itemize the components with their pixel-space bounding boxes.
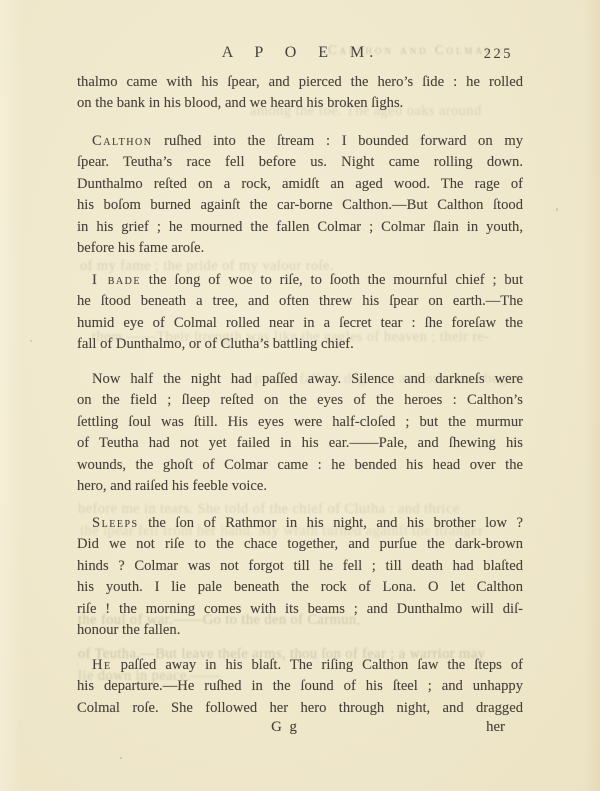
- paper-speck: [556, 208, 558, 211]
- text-line: thalmo came with his ſpear, and pierced …: [77, 72, 523, 94]
- text-line: on the bank in his blood, and we heard h…: [77, 93, 523, 115]
- text-line: hero, and raiſed his feeble voice.: [77, 476, 523, 498]
- line-text: ruſhed into the ſtream : I bounded forwa…: [152, 133, 523, 149]
- text-line: Sleeps the ſon of Rathmor in his night, …: [77, 513, 523, 535]
- text-line: I bade the ſong of woe to riſe, to ſooth…: [77, 270, 523, 292]
- page-footer: G g her: [77, 719, 523, 741]
- paper-edge-left: [0, 0, 22, 791]
- text-line: riſe ! the morning comes with its beams …: [77, 599, 523, 621]
- page-header: A P O E M. 225: [77, 44, 523, 66]
- paragraph: He paſſed away in his blaſt. The riſing …: [77, 655, 523, 720]
- text-line: he ſtood beneath a tree, and often threw…: [77, 291, 523, 313]
- line-text: Now half the night had paſſed away. Sile…: [92, 371, 523, 387]
- running-title: A P O E M.: [77, 44, 523, 62]
- book-page: Calthon and Colmal : among the foe. The …: [0, 0, 600, 791]
- text-line: on the field ; ſleep reſted on the eyes …: [77, 390, 523, 412]
- signature-mark: G g: [271, 719, 299, 736]
- catchword: her: [486, 719, 505, 736]
- paragraph-lead: He: [92, 657, 112, 673]
- text-line: Did we not riſe to the chace together, a…: [77, 534, 523, 556]
- text-line: Colmal roſe. She followed her hero throu…: [77, 698, 523, 720]
- text-line: He paſſed away in his blaſt. The riſing …: [77, 655, 523, 677]
- paragraph: Sleeps the ſon of Rathmor in his night, …: [77, 513, 523, 642]
- paper-speck: [30, 340, 32, 342]
- text-line: Calthon ruſhed into the ſtream : I bound…: [77, 131, 523, 153]
- text-line: in his grief ; he mourned the fallen Col…: [77, 217, 523, 239]
- text-line: hinds ? Colmar was not forgot till he fe…: [77, 556, 523, 578]
- text-line: Now half the night had paſſed away. Sile…: [77, 369, 523, 391]
- text-line: humid eye of Colmal rolled near in a ſec…: [77, 313, 523, 335]
- line-text: thalmo came with his ſpear, and pierced …: [77, 74, 523, 90]
- paragraph: Calthon ruſhed into the ſtream : I bound…: [77, 131, 523, 260]
- paragraph-lead: Calthon: [92, 133, 152, 149]
- text-line: ſpear. Teutha’s race fell before us. Nig…: [77, 152, 523, 174]
- line-text: the ſon of Rathmor in his night, and his…: [139, 515, 523, 531]
- text-line: honour the fallen.: [77, 620, 523, 642]
- paper-edge-right: [584, 0, 600, 791]
- paragraph: I bade the ſong of woe to riſe, to ſooth…: [77, 270, 523, 356]
- text-block: A P O E M. 225 thalmo came with his ſpea…: [77, 44, 523, 741]
- text-line: his youth. I lie pale beneath the rock o…: [77, 577, 523, 599]
- paragraph: thalmo came with his ſpear, and pierced …: [77, 72, 523, 115]
- page-number: 225: [484, 46, 513, 63]
- paragraph-lead: Sleeps: [92, 515, 139, 531]
- paragraph: Now half the night had paſſed away. Sile…: [77, 369, 523, 498]
- text-line: his boſom burned againſt the car-borne C…: [77, 195, 523, 217]
- text-line: before his fame aroſe.: [77, 238, 523, 260]
- text-line: of Teutha had not yet failed in his ear.…: [77, 433, 523, 455]
- text-line: wounds, the ghoſt of Colmar came : he be…: [77, 455, 523, 477]
- line-text: the ſong of woe to riſe, to ſooth the mo…: [141, 272, 523, 288]
- line-text: paſſed away in his blaſt. The riſing Cal…: [112, 657, 523, 673]
- paper-speck: [120, 757, 122, 759]
- text-line: Dunthalmo reſted on a rock, amidſt an ag…: [77, 174, 523, 196]
- text-line: ſettling ſoul was ſtill. His eyes were h…: [77, 412, 523, 434]
- text-line: his departure.—He ruſhed in the ſound of…: [77, 676, 523, 698]
- text-line: fall of Dunthalmo, or of Clutha’s battli…: [77, 334, 523, 356]
- paragraph-lead: I bade: [92, 272, 141, 288]
